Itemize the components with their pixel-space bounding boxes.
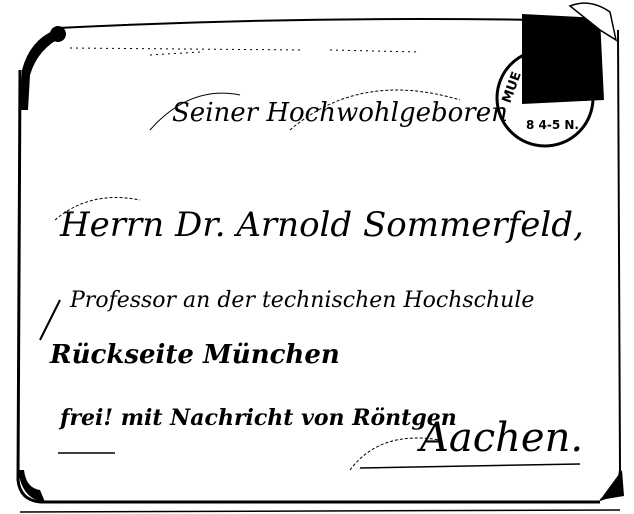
- salutation-line: Seiner Hochwohlgeboren: [172, 98, 508, 128]
- addressee-title: Professor an der technischen Hochschule: [70, 288, 534, 313]
- postmark-time: 8 4-5 N.: [526, 118, 579, 132]
- envelope: Seiner Hochwohlgeboren Herrn Dr. Arnold …: [0, 0, 634, 514]
- frei-note: frei! mit Nachricht von Röntgen: [60, 405, 457, 431]
- destination-city: Aachen.: [420, 415, 583, 461]
- postage-stamp: [522, 3, 616, 104]
- forward-note: Rückseite München: [50, 340, 340, 370]
- addressee-name: Herrn Dr. Arnold Sommerfeld,: [60, 205, 584, 245]
